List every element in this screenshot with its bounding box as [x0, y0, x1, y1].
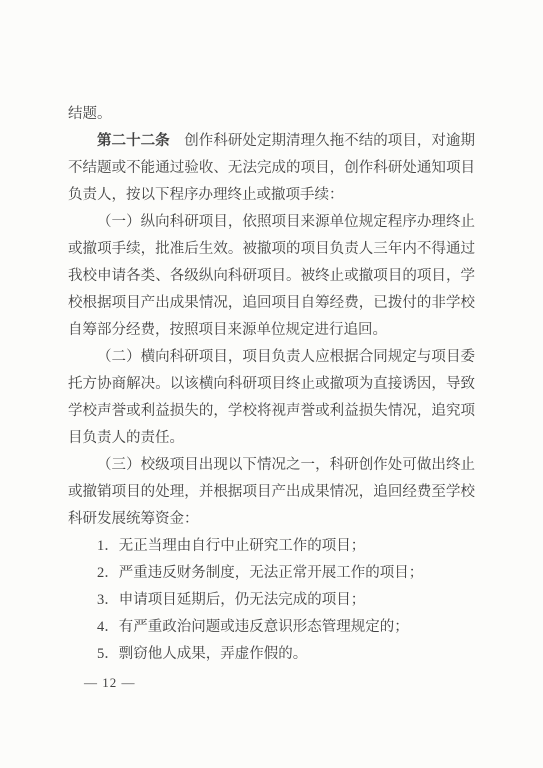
clause-1-vertical-projects: （一）纵向科研项目，依照项目来源单位规定程序办理终止或撤项手续，批准后生效。被撤…	[68, 209, 475, 344]
continuation-text: 结题。	[68, 101, 475, 128]
list-item-5: 5．剽窃他人成果，弄虚作假的。	[68, 641, 475, 668]
list-item-4: 4．有严重政治问题或违反意识形态管理规定的；	[68, 614, 475, 641]
document-page: 结题。 第二十二条 创作科研处定期清理久拖不结的项目，对逾期不结题或不能通过验收…	[0, 0, 543, 768]
list-item-1: 1．无正当理由自行中止研究工作的项目；	[68, 533, 475, 560]
clause-2-horizontal-projects: （二）横向科研项目，项目负责人应根据合同规定与项目委托方协商解决。以该横向科研项…	[68, 344, 475, 452]
page-number: — 12 —	[84, 674, 136, 692]
clause-3-school-projects: （三）校级项目出现以下情况之一，科研创作处可做出终止或撤销项目的处理，并根据项目…	[68, 452, 475, 533]
list-item-2: 2．严重违反财务制度，无法正常开展工作的项目；	[68, 560, 475, 587]
document-body: 结题。 第二十二条 创作科研处定期清理久拖不结的项目，对逾期不结题或不能通过验收…	[68, 101, 475, 668]
article-paragraph: 第二十二条 创作科研处定期清理久拖不结的项目，对逾期不结题或不能通过验收、无法完…	[68, 128, 475, 209]
list-item-3: 3．申请项目延期后，仍无法完成的项目；	[68, 587, 475, 614]
article-number: 第二十二条	[97, 133, 170, 149]
